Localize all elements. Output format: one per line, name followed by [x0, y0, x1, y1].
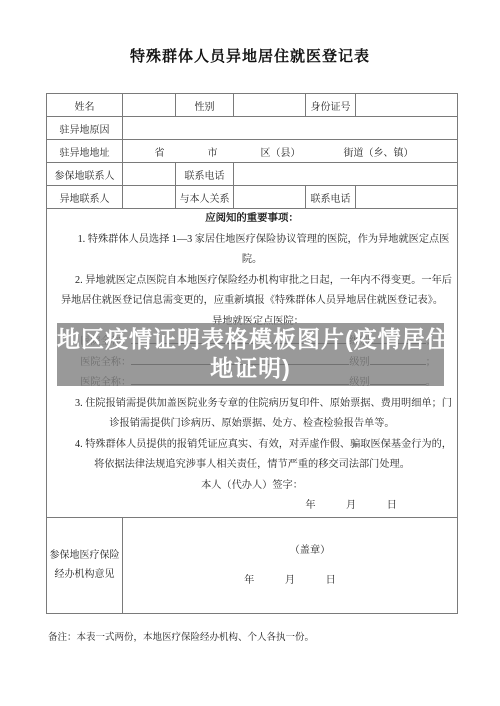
name-label: 姓名: [47, 94, 123, 117]
row-reason: 驻异地原因: [47, 117, 458, 140]
notice-line: 异地居住就医登记信息需变更的，应重新填报《特殊群体人员异地居住就医登记表》。: [47, 291, 457, 312]
notice-line: 1. 特殊群体人员选择 1—3 家居住地医疗保险协议管理的医院，作为异地就医定点…: [47, 230, 457, 251]
notice-line: 3. 住院报销需提供加盖医院业务专章的住院病历复印件、原始票据、费用明细单；门: [47, 394, 457, 415]
row-agency-opinion: 参保地医疗保险 经办机构意见 （盖章） 年 月 日: [47, 517, 458, 613]
signature-date-line: 年 月 日: [47, 496, 457, 517]
notice-line: 将依据法律法规追究涉事人相关责任，情节严重的移交司法部门处理。: [47, 455, 457, 476]
remote-phone-label: 联系电话: [306, 186, 356, 209]
agency-opinion-label-line2: 经办机构意见: [47, 565, 122, 584]
id-number-value-cell: [356, 94, 458, 117]
address-street: 街道（乡、镇）: [344, 144, 414, 159]
notice-line: 2. 异地就医定点医院自本地医疗保险经办机构审批之日起，一年内不得变更。一年后: [47, 271, 457, 292]
address-province: 省: [155, 144, 165, 159]
watermark-text-line1: 地区疫情证明表格模板图片(疫情居住: [57, 325, 444, 354]
gender-label: 性别: [176, 94, 234, 117]
address-city: 市: [208, 144, 218, 159]
row-name-gender-id: 姓名 性别 身份证号: [47, 94, 458, 117]
remote-relation-value-cell: [234, 186, 306, 209]
agency-date-line: 年 月 日: [123, 568, 457, 593]
local-contact-label: 参保地联系人: [47, 163, 123, 186]
remote-contact-label: 异地联系人: [47, 186, 123, 209]
form-title: 特殊群体人员异地居住就医登记表: [0, 45, 500, 66]
local-contact-value-cell: [123, 163, 176, 186]
footnote: 备注：本表一式两份，本地医疗保险经办机构、个人各执一份。: [48, 629, 314, 643]
row-remote-contact: 异地联系人 与本人关系 联系电话: [47, 186, 458, 209]
agency-opinion-label: 参保地医疗保险 经办机构意见: [47, 517, 123, 613]
remote-contact-value-cell: [123, 186, 176, 209]
remote-relation-label: 与本人关系: [176, 186, 234, 209]
address-value-cell: 省 市 区（县） 街道（乡、镇）: [123, 140, 458, 163]
notice-heading: 应阅知的重要事项：: [47, 209, 457, 230]
agency-opinion-cell: （盖章） 年 月 日: [123, 517, 458, 613]
reason-value-cell: [123, 117, 458, 140]
agency-opinion-label-line1: 参保地医疗保险: [47, 546, 122, 565]
remote-phone-value-cell: [356, 186, 458, 209]
signature-label: 本人（代办人）签字：: [47, 476, 457, 497]
notice-line: 院。: [47, 250, 457, 271]
row-local-contact: 参保地联系人 联系电话: [47, 163, 458, 186]
reason-label: 驻异地原因: [47, 117, 123, 140]
notice-line: 4. 特殊群体人员提供的报销凭证应真实、有效，对弄虚作假、骗取医保基金行为的，: [47, 435, 457, 456]
name-value-cell: [123, 94, 176, 117]
address-district: 区（县）: [261, 144, 301, 159]
local-contact-phone-label: 联系电话: [176, 163, 234, 186]
id-number-label: 身份证号: [306, 94, 356, 117]
watermark-text-line2: 地证明): [57, 354, 444, 383]
address-parts: 省 市 区（县） 街道（乡、镇）: [123, 144, 457, 159]
gender-value-cell: [234, 94, 306, 117]
address-label: 驻异地地址: [47, 140, 123, 163]
local-contact-phone-value-cell: [234, 163, 458, 186]
row-address: 驻异地地址 省 市 区（县） 街道（乡、镇）: [47, 140, 458, 163]
document-page: 特殊群体人员异地居住就医登记表 姓名 性别 身份证号 驻异地原因 驻异地地址 省…: [0, 0, 500, 706]
watermark-overlay: 地区疫情证明表格模板图片(疫情居住 地证明): [57, 323, 444, 386]
notice-line: 诊报销需提供门诊病历、原始票据、处方、检查检验报告单等。: [47, 414, 457, 435]
seal-placeholder: （盖章）: [163, 538, 457, 563]
